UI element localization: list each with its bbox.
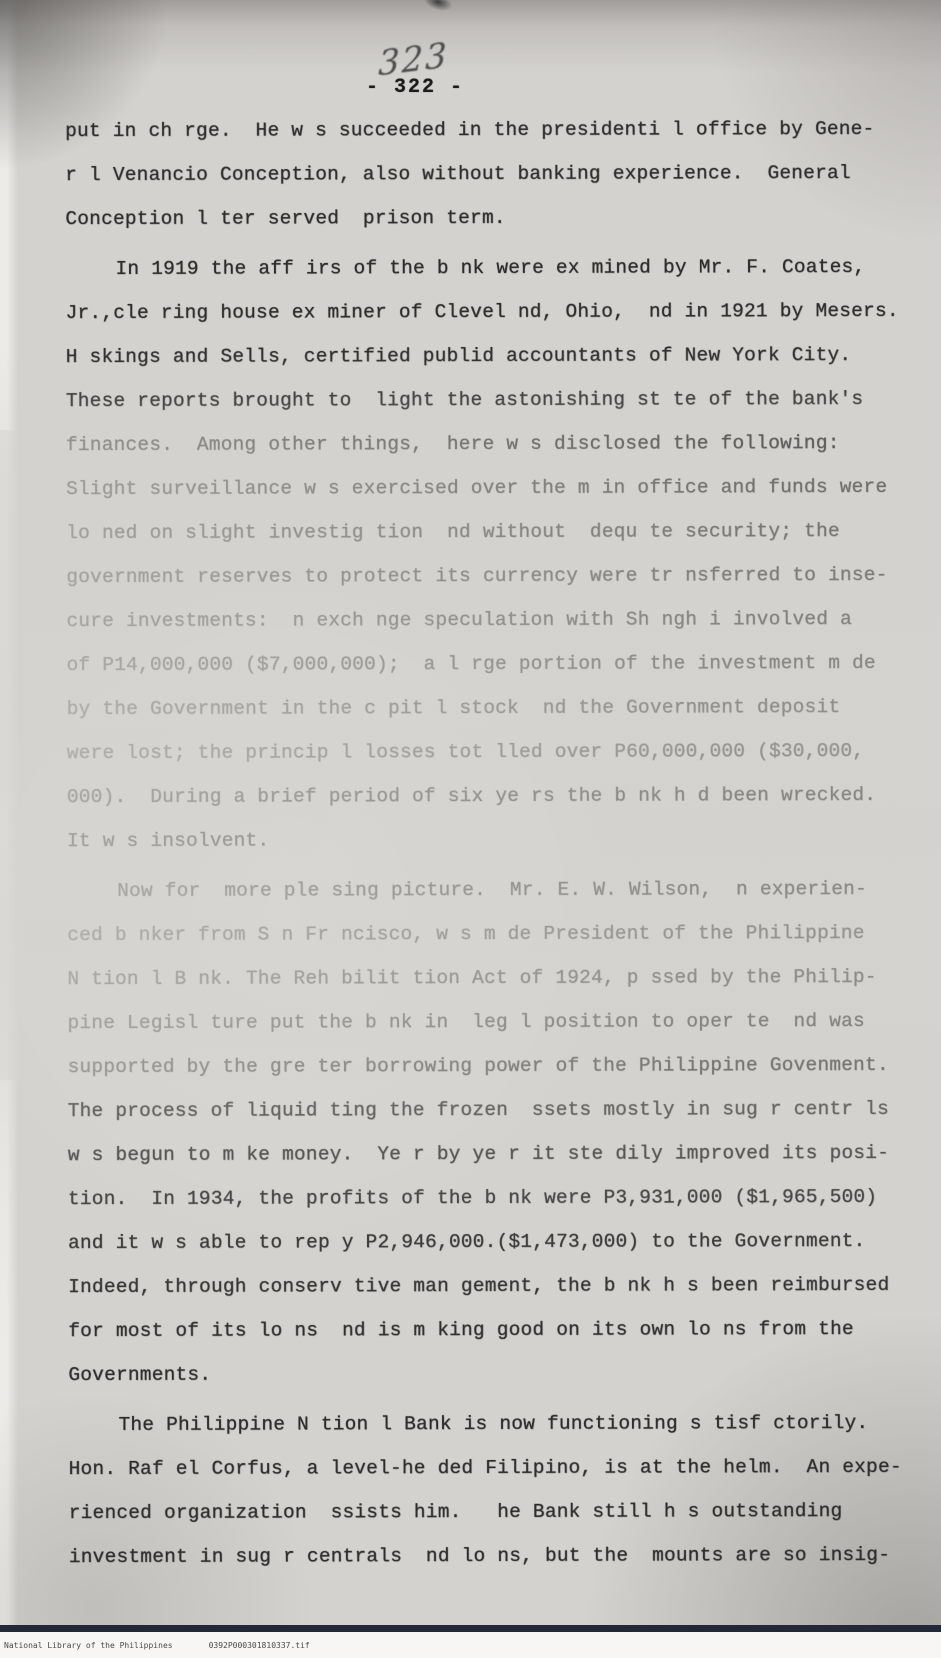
text-line: by the Government in the c pit l stock n…: [67, 685, 917, 731]
text-line: r l Venancio Conception, also without ba…: [65, 151, 915, 197]
document-text: put in ch rge. He w s succeeded in the p…: [65, 107, 919, 1579]
text-line: ced b nker from S n Fr ncisco, w s m de …: [67, 911, 917, 957]
text-line: Jr.,cle ring house ex miner of Clevel nd…: [66, 289, 916, 335]
text-line: These reports brought to light the aston…: [66, 377, 916, 423]
text-line: In 1919 the aff irs of the b nk were ex …: [65, 245, 915, 291]
typed-page-number: - 322 -: [0, 76, 830, 99]
text-line: finances. Among other things, here w s d…: [66, 421, 916, 467]
text-line: 000). During a brief period of six ye rs…: [67, 773, 917, 819]
footer-divider-bar: [0, 1625, 941, 1632]
text-line: investment in sug r centrals nd lo ns, b…: [69, 1533, 919, 1579]
text-line: supported by the gre ter borrowing power…: [68, 1043, 918, 1089]
paragraph: put in ch rge. He w s succeeded in the p…: [65, 107, 915, 241]
text-line: for most of its lo ns nd is m king good …: [68, 1307, 918, 1353]
text-line: Conception l ter served prison term.: [65, 195, 915, 241]
text-line: Indeed, through conserv tive man gement,…: [68, 1263, 918, 1309]
footer-strip: National Library of the Philippines 0392…: [0, 1632, 941, 1658]
text-line: rienced organization ssists him. he Bank…: [69, 1489, 919, 1535]
text-line: put in ch rge. He w s succeeded in the p…: [65, 107, 915, 153]
text-line: government reserves to protect its curre…: [66, 553, 916, 599]
text-line: and it w s able to rep y P2,946,000.($1,…: [68, 1219, 918, 1265]
text-line: cure investments: n exch nge speculation…: [66, 597, 916, 643]
text-line: Governments.: [68, 1351, 918, 1397]
text-line: lo ned on slight investig tion nd withou…: [66, 509, 916, 555]
text-line: The Philippine N tion l Bank is now func…: [68, 1401, 918, 1447]
text-line: H skings and Sells, certified publid acc…: [66, 333, 916, 379]
text-line: of P14,000,000 ($7,000,000); a l rge por…: [66, 641, 916, 687]
text-line: It w s insolvent.: [67, 817, 917, 863]
binding-mark: [421, 0, 454, 14]
paragraph: The Philippine N tion l Bank is now func…: [68, 1401, 918, 1579]
paragraph: In 1919 the aff irs of the b nk were ex …: [65, 245, 917, 863]
text-line: w s begun to m ke money. Ye r by ye r it…: [68, 1131, 918, 1177]
text-line: pine Legisl ture put the b nk in leg l p…: [67, 999, 917, 1045]
text-line: tion. In 1934, the profits of the b nk w…: [68, 1175, 918, 1221]
scanned-page: 323 - 322 - put in ch rge. He w s succee…: [0, 0, 941, 1658]
text-line: Slight surveillance w s exercised over t…: [66, 465, 916, 511]
footer-library-label: National Library of the Philippines: [4, 1641, 173, 1650]
text-line: Hon. Raf el Corfus, a level-he ded Filip…: [69, 1445, 919, 1491]
paragraph: Now for more ple sing picture. Mr. E. W.…: [67, 867, 918, 1397]
text-line: The process of liquid ting the frozen ss…: [68, 1087, 918, 1133]
text-line: N tion l B nk. The Reh bilit tion Act of…: [67, 955, 917, 1001]
footer-filename: 0392P000301810337.tif: [209, 1641, 310, 1650]
text-line: were lost; the princip l losses tot lled…: [67, 729, 917, 775]
text-line: Now for more ple sing picture. Mr. E. W.…: [67, 867, 917, 913]
